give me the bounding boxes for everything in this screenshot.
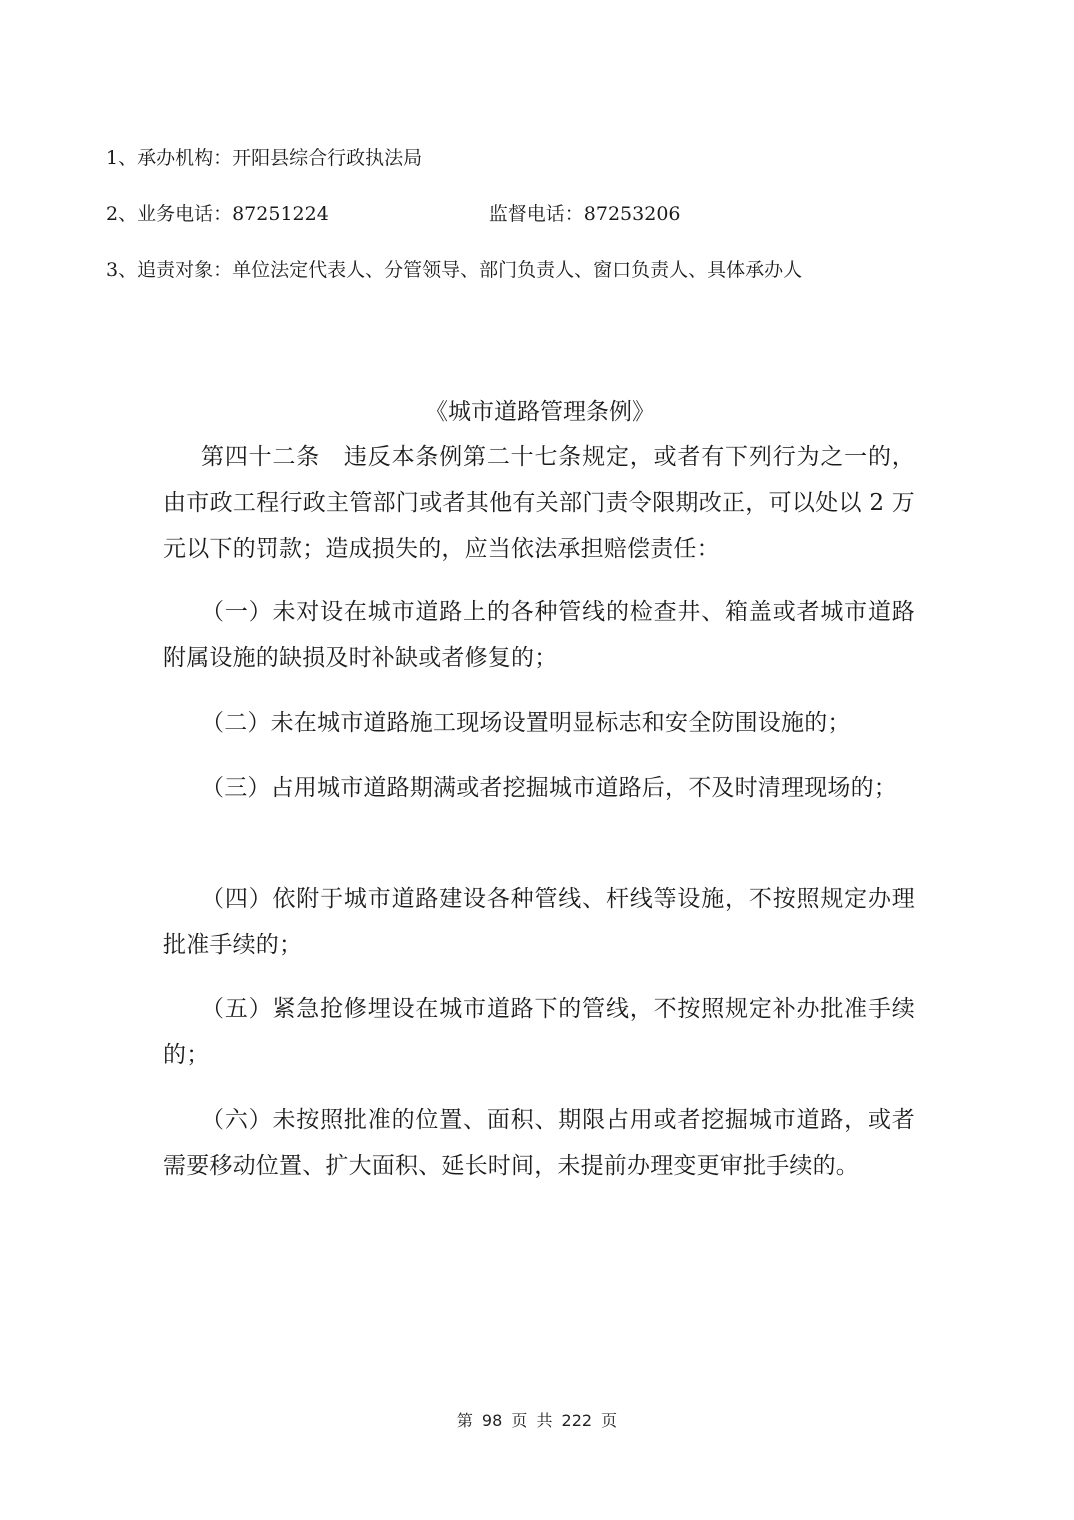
item-5: （五）紧急抢修埋设在城市道路下的管线，不按照规定补办批准手续的；: [163, 986, 915, 1078]
item-3: （三）占用城市道路期满或者挖掘城市道路后，不及时清理现场的；: [163, 765, 915, 811]
article-42: 第四十二条 违反本条例第二十七条规定，或者有下列行为之一的，由市政工程行政主管部…: [163, 434, 915, 572]
item-2: （二）未在城市道路施工现场设置明显标志和安全防围设施的；: [163, 700, 915, 746]
supervision-phone: 监督电话：87253206: [489, 203, 681, 225]
document-page: 1、承办机构：开阳县综合行政执法局 2、业务电话：87251224监督电话：87…: [0, 0, 1074, 1520]
business-phone: 2、业务电话：87251224: [106, 203, 329, 225]
info-accountability: 3、追责对象：单位法定代表人、分管领导、部门负责人、窗口负责人、具体承办人: [106, 258, 802, 282]
info-handling-agency: 1、承办机构：开阳县综合行政执法局: [106, 146, 422, 170]
page-number: 第 98 页 共 222 页: [0, 1410, 1074, 1432]
regulation-title: 《城市道路管理条例》: [0, 396, 1074, 428]
item-6: （六）未按照批准的位置、面积、期限占用或者挖掘城市道路，或者需要移动位置、扩大面…: [163, 1097, 915, 1189]
item-1: （一）未对设在城市道路上的各种管线的检查井、箱盖或者城市道路附属设施的缺损及时补…: [163, 589, 915, 681]
item-4: （四）依附于城市道路建设各种管线、杆线等设施，不按照规定办理批准手续的；: [163, 876, 915, 968]
info-phones: 2、业务电话：87251224监督电话：87253206: [106, 202, 681, 226]
